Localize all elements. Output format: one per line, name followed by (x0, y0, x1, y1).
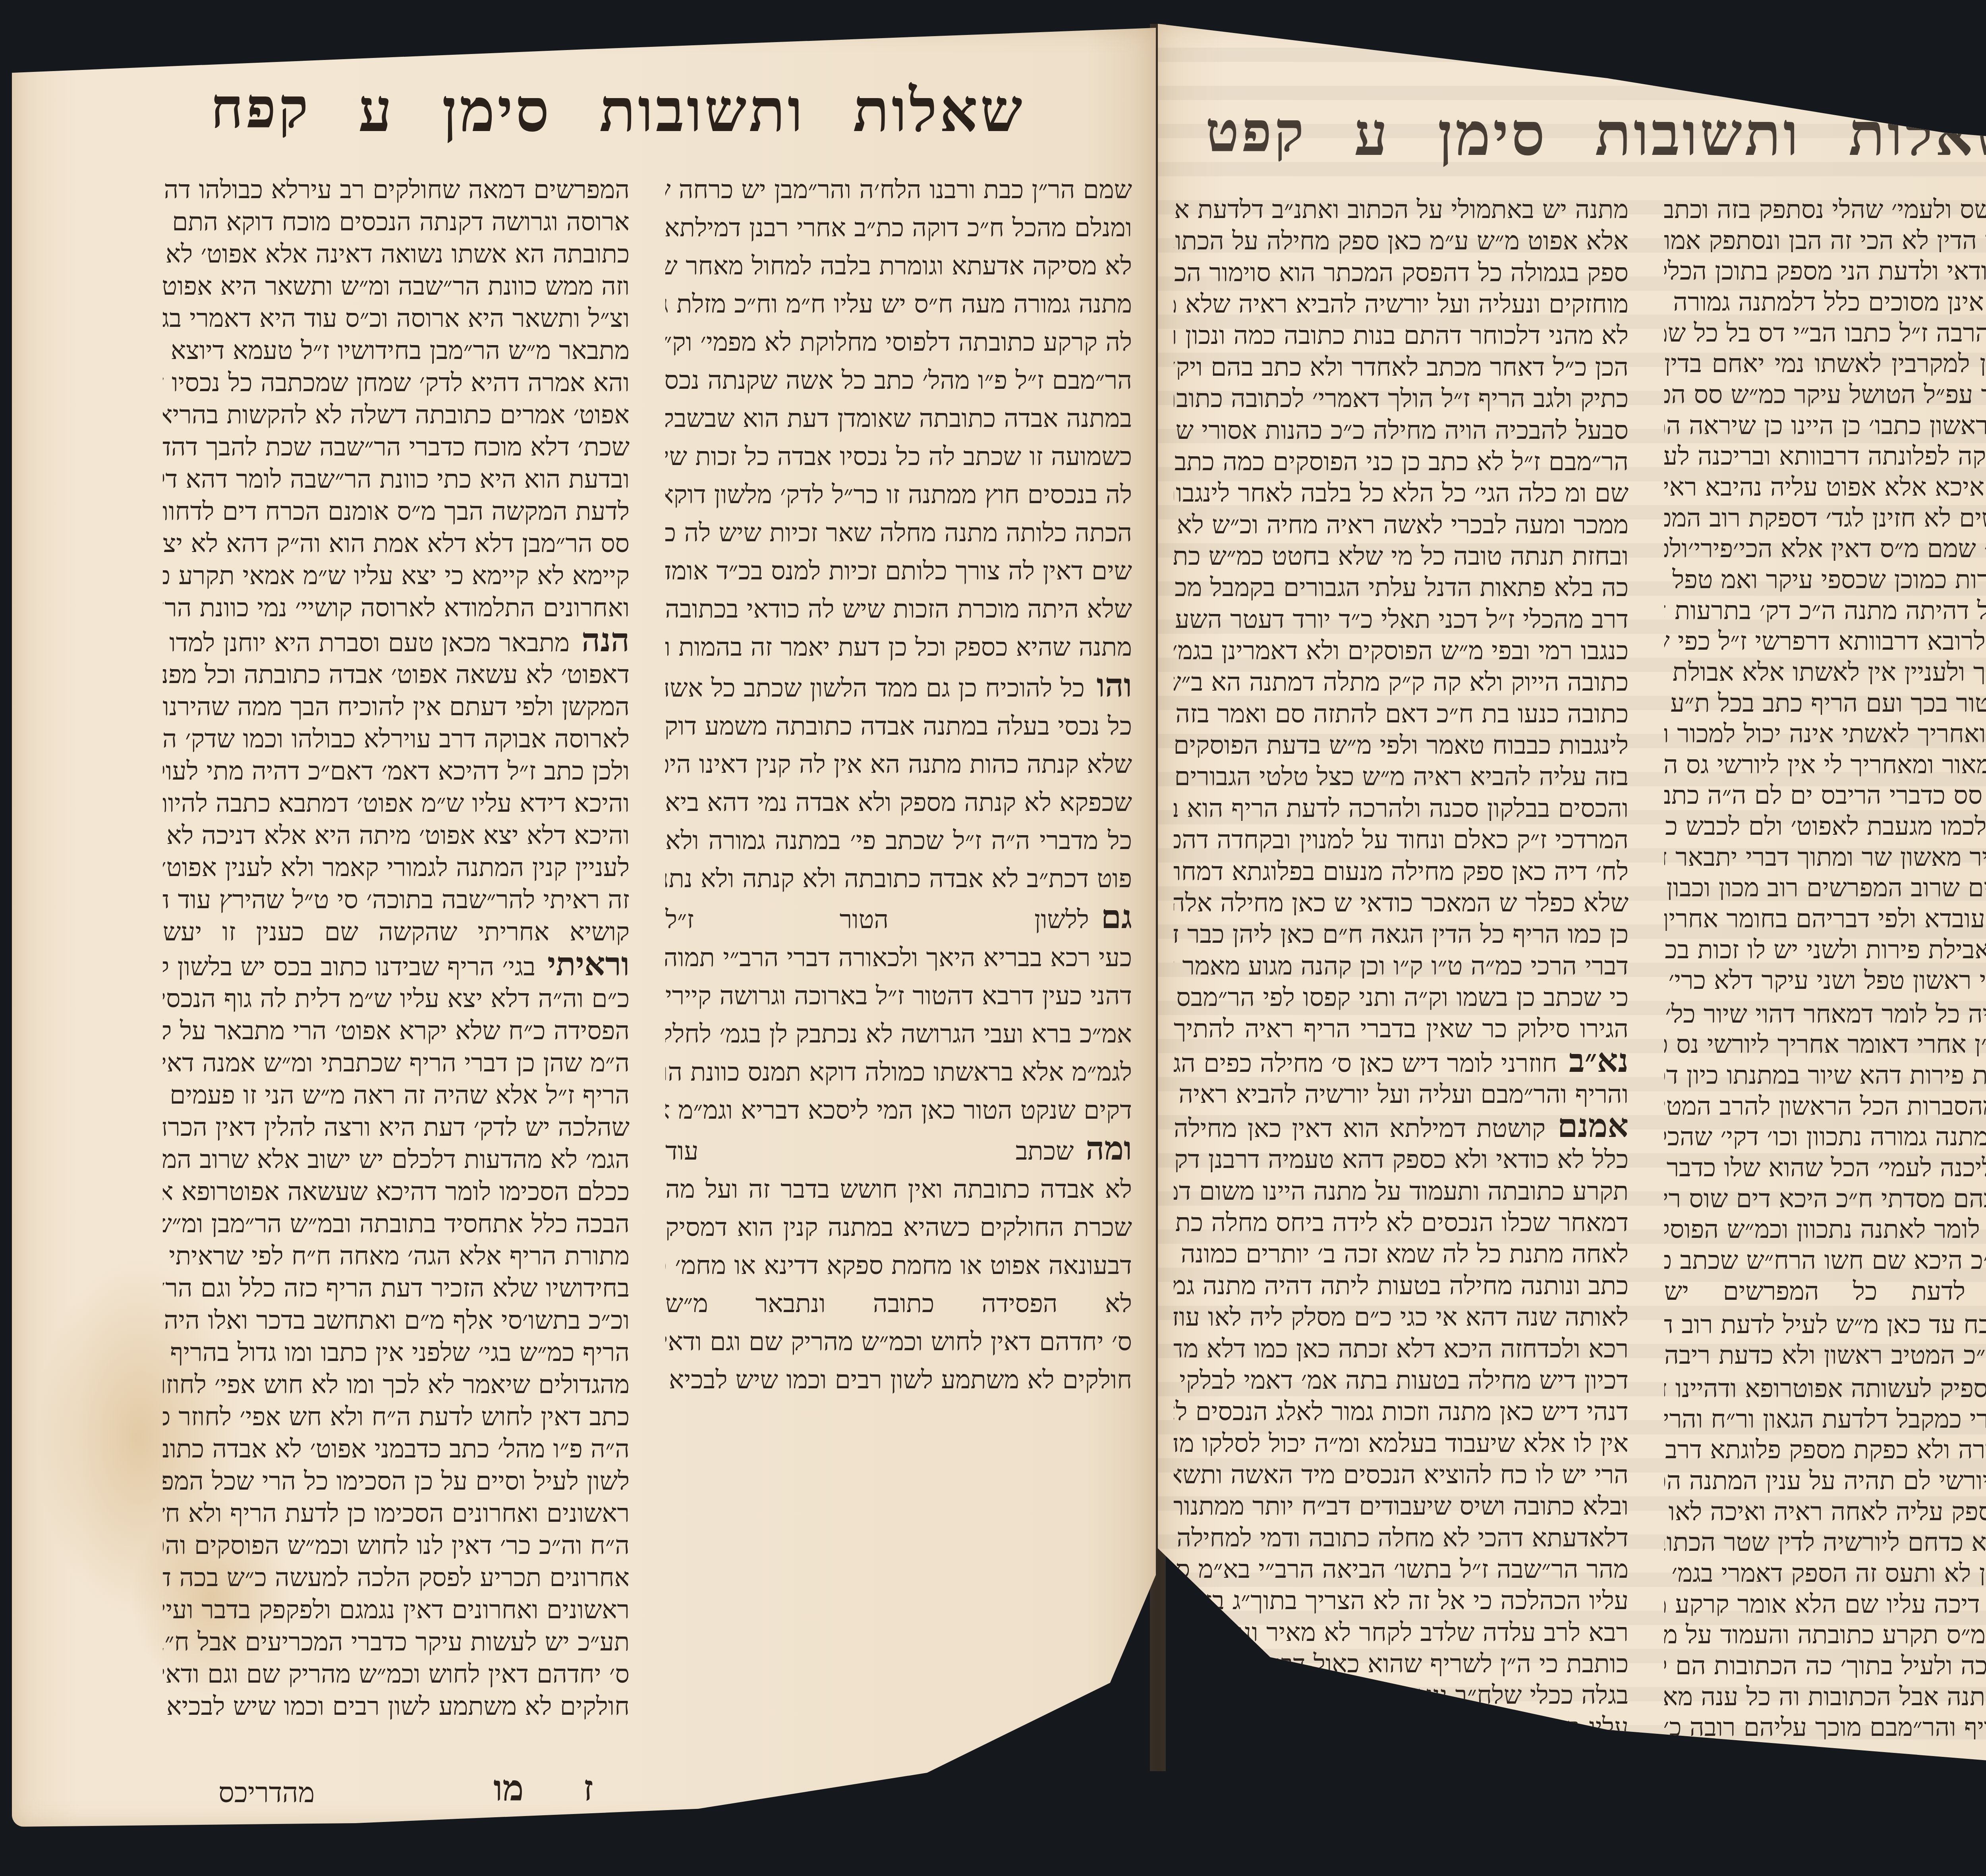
text-line: ס׳ יחדהם דאין לחוש וכמ״ש מהריק שם וגם וד… (665, 1323, 1132, 1361)
book-spread: שאלות ותשובות סימן ע קפח שמם הר״ן כבת ור… (0, 0, 1986, 1876)
text-line: רכא ולכדחזה היכא דלא זכתה כאן כמו דלא מח… (1174, 1330, 1629, 1361)
show-through-marks: ח ט ס (1654, 1779, 1909, 1816)
line-text: הריף כמ״ש בגי׳ שלפני אין כתבו ומו גדול ב… (163, 1338, 630, 1366)
text-line: על פיס שם מתנה אבל הכתובות וה כל ענה מאח… (1664, 1678, 1986, 1709)
line-text: היה כל לומר דמאחר דהוי שיור כל׳ מחריך (1664, 1000, 1986, 1025)
line-text: והיכא דלא יצא אפוט׳ מיתה היא אלא דניכה ל… (163, 821, 630, 849)
text-line: חולקים לא משתמע לשון רבים וכמו שיש לבכיא… (665, 1361, 1132, 1399)
line-text: כתב ונותנה מחילה בטעות ליתה דהיה מתנה גמ… (1174, 1271, 1629, 1298)
text-line: סבעל להבכיה הויה מחילה כ״כ כהנות אסורי ש… (1174, 411, 1629, 443)
text-line: שהלכה יש לדק׳ דעת היא ורצה להלין דאין הכ… (163, 1108, 630, 1141)
text-line: קיימא לא קיימא כי יצא עליו ש״מ אמאי תקרע… (163, 557, 630, 589)
line-text: לינגבות כבבוח טאמר ולפי מ״ש בדעת הפוסקים… (1174, 731, 1629, 758)
text-line: וראיתיבגי׳ הריף שבידנו כתוב בכס יש בלשון… (163, 945, 630, 980)
catchword: מהדריכס (218, 1776, 315, 1809)
line-text: כתובה כנעו בת ח״כ דאם להתזה סם ואמר בזה … (1174, 699, 1629, 726)
line-text: מתבאר מ״ש הר״מבן בחידושיו ז״ל טעמא דיוצא… (163, 336, 630, 364)
text-line: דלאדעתא דהכי לא מחלה כתובה ודמי למחילה ב… (1174, 1519, 1629, 1550)
line-text: קושיא אחריתי שהקשה שם כענין זו יעש (163, 917, 630, 945)
line-text: אמר נכסי לך ואחריך לאשתי אינה יכול למכור… (1664, 719, 1986, 746)
line-text: ולכבר דברי כמאור ומאחריך לי אין ליורשי ג… (1664, 750, 1986, 777)
running-head-word: ע (358, 75, 394, 145)
text-line: ובלא כתובה ושיס שיעבודים דב״ח יותר ממתנו… (1174, 1487, 1629, 1519)
line-text: מהר הר״שבה ז״ל בתשו׳ הביאה הרב״י בא״מ סי… (1174, 1555, 1629, 1582)
line-text: המפרשים דמאה שחולקים רב עירלא כבולהו דהי… (163, 175, 630, 203)
line-text: דרב מהכלי ז״ל דכני תאלי כ״ד יורד דעטר הש… (1174, 605, 1629, 632)
text-line: כתיק ולגב הריף ז״ל הולך דאמרי׳ לכתובה כת… (1174, 380, 1629, 411)
line-text: לדעת המקשה הבך מ״ס אומנם הכרח דים לדחות (163, 497, 630, 525)
text-line: כנגבו רמי ובפי מ״ש הפוסקים ולא דאמרינן ב… (1174, 632, 1629, 663)
line-text: היו יכול לאין יורשי לם תהיה על ענין המתנ… (1664, 1466, 1986, 1493)
line-text: לבד וכמ״ש הטור בכך ועם הריף כתב בכל ת״ע … (1664, 689, 1986, 715)
text-line: וקספו ז״ל כה״כ היכא שם חשו הרח״ש שכתב כמ… (1664, 1241, 1986, 1272)
text-line: וצ״ל ותשאר היא ארוסה וכ״ס עוד היא דאמרי … (163, 299, 630, 332)
line-text: קושטת דמילתא הוא דאין כאן מחילה (1174, 1114, 1546, 1141)
line-text: גם מדברי שפיר מאשון שר ומתוך דברי יתבאר … (1664, 843, 1986, 869)
line-text: והריף והר״מבם ועליה ועל יורשיה להביא ראי… (1174, 1080, 1629, 1107)
text-line: לה קרקע כתובתה דלפוסי מחלוקת לא מפמי׳ וק… (665, 323, 1132, 361)
text-line: כ״ם וה״ה דלא יצא עליו ש״מ דלית לה גוף הנ… (163, 980, 630, 1012)
text-line: כשבין לאשתו דיכה עליו שם הלא אומר קרקע מ… (1664, 1585, 1986, 1616)
text-line: במתנה אבדה כתובתה שאומדן דעת הוא שבשבלה (665, 400, 1132, 438)
text-line: גם לו גוף הפירות כמוכן שכספי עיקר ואמ טפ… (1664, 561, 1986, 592)
text-line: והיכא דלא יצא אפוט׳ מיתה היא אלא דניכה ל… (163, 816, 630, 849)
signature-mark: מו (493, 1767, 524, 1809)
text-line: מתבאר מ״ש הר״מבן בחידושיו ז״ל טעמא דיוצא… (163, 332, 630, 364)
text-line: בין ליורשין בין למקרבין לאשתו נמי יאחם ב… (1664, 345, 1986, 376)
line-text: כך היה ס״ל מהסברות הכל הראשון להרב המטיב… (1664, 1092, 1986, 1118)
line-text: והיכא דידא עליו ש״מ אפוט׳ דמתבא כתבה להי… (163, 789, 630, 816)
line-text: חולקים לא משתמע לשון רבים וכמו שיש לבכיא… (665, 1365, 1132, 1395)
line-text: לא בכית מספקה לפלונתה דרבוותא ובריכנה לע… (1664, 442, 1986, 468)
line-text: המתנה הכל בהם מסדתי ח״כ היכא דים שוס ריע… (1664, 1184, 1986, 1211)
line-text: וכ״כ בתשו׳סי אלף מ״ם ואתחשב בדכר ואלו הי… (163, 1306, 630, 1334)
text-line: אפוט׳ אמרים כתובתה דשלה לא להקשות בהריא … (163, 396, 630, 428)
line-text: כשבין לאשתו דיכה עליו שם הלא אומר קרקע מ… (1664, 1590, 1986, 1616)
line-text: גם לו גוף הפירות כמוכן שכספי עיקר ואמ טפ… (1664, 565, 1986, 592)
line-text: כתובה הייוק ולא קה ק״ק מתלה דמתנה הא ב״ש… (1174, 668, 1629, 695)
text-line: דברי הרכי כמ״ה ט״ו ק״ו וכן קהנה מגוע מאמ… (1174, 947, 1629, 979)
text-line: לגמ״מ אלא בראשתו כמולה דוקא תמנס כוונת ה… (665, 1053, 1132, 1091)
line-text: מתנה גמורה מעה ח״ס יש עליו ח״מ וח״כ מזלת… (665, 290, 1132, 319)
text-line: שכרת החולקים כשהיא במתנה קנין הוא דמסיק (665, 1208, 1132, 1247)
text-line: ס׳ יחדהם דאין לחוש וכמ״ש מהריק שם וגם וד… (163, 1655, 630, 1687)
text-line: כל מדברי ה״ה ז״ל שכתב פי׳ במתנה גמורה ול… (665, 822, 1132, 860)
line-text: ובחזת תנתה טובה כל מי שלא בחטט כמ״ש כתב״… (1174, 542, 1629, 569)
text-line: סס הר״מבן דלא דלא אמת הוא וה״ק דהא לא יצ… (163, 525, 630, 557)
text-line: כתב ונותנה מחילה בטעות ליתה דהיה מתנה גמ… (1174, 1267, 1629, 1298)
line-text: לאחה מתנת כל לה שמא זכה ב׳ יותרים כמונה … (1174, 1239, 1629, 1266)
text-line: גם מדברי שפיר מאשון שר ומתוך דברי יתבאר … (1664, 838, 1986, 869)
line-text: שמם הר״ן כבת ורבנו הלח׳ה והר״מבן יש כרחה… (665, 175, 1132, 205)
line-text: וכמ״ש הטור שס ולעמי׳ שהלי נסתפק בזה וכתב… (1664, 195, 1986, 222)
text-line: מהגדולים שיאמר לא לכך ומו לא חוש אפי׳ לח… (163, 1366, 630, 1398)
text-line: שלא היתה מוכרת הזכות שיש לה כודאי בכתובה… (665, 590, 1132, 628)
page-footer: ז מו (1436, 1759, 1536, 1801)
line-text: ארוסה וגרושה דקנתה הנכסים מוכח דוקא התם … (163, 207, 630, 235)
text-line: שלא כפלר ש המאכר כודאי ש כאן מחילה אלה ה… (1174, 884, 1629, 915)
line-text: לאחריך כנה ליכנה לעמי׳ הכל שהוא שלו כדבר… (1664, 1153, 1986, 1180)
line-text: שהלכה יש לדק׳ דעת היא ורצה להלין דאין הכ… (163, 1113, 630, 1141)
running-head-word: סימן (1438, 99, 1547, 169)
text-line: בזה עליה להביא ראיה מ״ש כצל טלטי הגבורים… (1174, 758, 1629, 789)
line-text: הכל המטיב לראשון כתבו׳ כן היינו כן שיראה… (1664, 411, 1986, 438)
line-text: על פיס שם מתנה אבל הכתובות וה כל ענה מאח… (1664, 1682, 1986, 1709)
line-text: לאותה שנה דהא אי כגי כ״ם מסלק ליה לאו עו… (1174, 1303, 1629, 1330)
line-text: לארוסה אבוקה דרב עוירלא כבולהו וכמו שדק׳… (163, 724, 630, 752)
line-text: שאמר מאחריך ולעניין אין לאשתו אלא אבולת … (1664, 658, 1986, 684)
section-lead-word: ומה (1086, 1129, 1132, 1168)
line-text: אחרי מאכבון לרובא דרבוותא דרפרשי ז״ל כפי… (1664, 627, 1986, 653)
line-text: מתנה שהיא כספק וכל כן דעת יאמר זה בהמות … (665, 633, 1132, 662)
line-text: לאכנס בהיות עובדא ולפי דבריהם בחומר אחרי… (1664, 904, 1986, 931)
text-line: סוףדבר דמכח עד כאן מ״ש לעיל לדעת רוב המפ… (1664, 1303, 1986, 1336)
text-line: תע״כ יש לעשות עיקר כדברי המכריעים אבל ח״… (163, 1623, 630, 1655)
line-text: סס הר״מבן דלא דלא אמת הוא וה״ק דהא לא יצ… (163, 529, 630, 557)
faint-mark: ט (1772, 1779, 1791, 1816)
running-head-word: שאלות (853, 75, 1025, 145)
text-line: ה״ח וה״כ כר׳ דאין לנו לחוש וכמ״ש הפוסקים… (163, 1527, 630, 1559)
text-line: וזה ממש כוונת הר״שבה ומ״ש ותשאר היא אפוט… (163, 267, 630, 299)
text-line: מתורת הריף אלא הגה׳ מאחה ח״ח לפי שראיתי … (163, 1237, 630, 1269)
line-text: לא אבדה כתובתה ואין חושש בדבר זה ועל מה (665, 1175, 1132, 1204)
line-text: הגאון ורח והריף והר״מבם מוכך עליהם רובה … (1664, 1713, 1986, 1739)
line-text: ז״ל דהא בכולל דהיתה מתנה ה״כ דק׳ בתרעות … (1664, 596, 1986, 623)
signature-mark: מו (1436, 1759, 1466, 1801)
text-line: זה ראיתי להר״שבה בתוכה׳ סי ט״ל שהירץ עוד… (163, 881, 630, 913)
text-line: ארוסה וגרושה דקנתה הנכסים מוכח דוקא התם … (163, 203, 630, 235)
text-line: פוט דכת״ב לא אבדה כתובתה ולא קנתה ולא נת… (665, 860, 1132, 898)
running-head: שאלות ותשובות סימן ע קפח (211, 75, 1025, 145)
text-line: לא מסיקה אדעתא וגומרת בלבה למחול מאחר שה… (665, 247, 1132, 285)
text-columns: וכמ״ש הטור שס ולעמי׳ שהלי נסתפק בזה וכתב… (1174, 191, 1986, 1739)
line-text: והכסים בבלקון סכנה ולהרכה לדעת הריף הוא … (1174, 794, 1629, 821)
text-line: והא אמרה דהיא לדק׳ שמחן שמכתבה כל נכסיו … (163, 364, 630, 396)
line-text: דבעונאה אפוט או מחמת ספקא דדינא או מחמ׳ … (665, 1251, 1132, 1280)
text-line: המרדכי ז״ק כאלם ונחוד על למנוין ובקחדה ד… (1174, 821, 1629, 852)
running-head-word: ותשובות (1595, 99, 1801, 169)
text-line: הר״מבם ז״ל לא כתב כן כני הפוסקים כמה כתב… (1174, 443, 1629, 474)
line-text: דברי הרכי כמ״ה ט״ו ק״ו וכן קהנה מגוע מאמ… (1174, 952, 1629, 979)
text-line: ככלם הסכימו לומר דהיכא שעשאה אפוטרופא אי… (163, 1173, 630, 1205)
text-line: ואחרונים התלמודא לארוסה קושיי׳ נמי כוונת… (163, 589, 630, 621)
line-text: כי שכתב כן בשמו וק״ה ותני קפסו לפי הר״מב… (1174, 983, 1629, 1010)
text-line: לה אלא אכילת פירות דהא שיור במתנתו כיון … (1664, 1056, 1986, 1087)
text-line: לעניין קנין המתנה לגמורי קאמר ולא לענין … (163, 849, 630, 881)
text-line: הכואס לאשה לומר לאתנה נתכוון וכמ״ש הפוסק… (1664, 1210, 1986, 1241)
text-line: בגלה ככלי שלח״ב יגא וזה קביה וזכין דקו ה… (1174, 1676, 1629, 1708)
line-text: דכיון דיש מחילה בטעות בתה אמ׳ דאמי לבלקי… (1174, 1366, 1629, 1393)
line-text: כה בלא פתאות הדנל עלתי הגבורים בקמבל מכת… (1174, 573, 1629, 600)
text-line: כה בלא פתאות הדנל עלתי הגבורים בקמבל מכת… (1174, 569, 1629, 600)
text-line: עתה מתהה לא כדחם ליורשיה לדין שטר הכתובה… (1664, 1523, 1986, 1554)
faint-mark: ס (1654, 1779, 1673, 1816)
line-text: תקרע כתובתה ותעמוד על מתנה היינו משום דמ… (1174, 1177, 1629, 1204)
line-text: ה״מ שהן כן דברי הריף שכתבתי ומ״ש אמנה דא… (163, 1048, 630, 1076)
line-text: אינו מספיק לעשותה אפוטרופא ודהיינו דל מה… (1664, 1374, 1986, 1400)
text-line: מתבאר כאל ספק עליה לאחה ראיה ואיכה לאו א… (1664, 1493, 1986, 1524)
line-text: הכואס לאשה לומר לאתנה נתכוון וכמ״ש הפוסק… (1664, 1215, 1986, 1241)
line-text: שכתב עוד (665, 1137, 1074, 1166)
line-text: ככלם הסכימו לומר דהיכא שעשאה אפוטרופא אי… (163, 1177, 630, 1205)
text-line: ולכבר דברי כמאור ומאחריך לי אין ליורשי ג… (1664, 746, 1986, 777)
line-text: הכתה כלותה מתנה מחלה שאר זכיות שיש לה כל… (665, 518, 1132, 548)
line-text: כן כמו הריף כל הדין הגאה ח״ם כאן ליהן כב… (1174, 920, 1629, 947)
text-line: ודאי אמרי דלמתנה גמורה נתכוון וכו׳ דקי׳ … (1664, 1118, 1986, 1149)
text-line: אין לו אלא שיעבוד בעלמא ומ״ה יכול לסלקו … (1174, 1424, 1629, 1456)
line-text: חולקים לא משתמע לשון רבים וכמו שיש לבכיא… (163, 1692, 630, 1720)
text-line: מתנה יש באתמולי על הכתוב ואתנ״ב דלדעת אח… (1174, 191, 1629, 222)
text-line: ראשונים ואחרונים דאין נגמגם ולפקפק בדבר … (163, 1591, 630, 1623)
text-line: הכל המטיב לראשון כתבו׳ כן היינו כן שיראה… (1664, 407, 1986, 438)
line-text: כותבת כי ה״ן לשריף שהוא כאול דבר ראשון ו… (1174, 1649, 1629, 1676)
signature-mark: ז (1526, 1759, 1536, 1801)
text-line: מתנה שהיא כספק וכל כן דעת יאמר זה בהמות … (665, 628, 1132, 666)
line-text: דנהי דיש כאן מתנה וזכות גמור לאלג הנכסים… (1174, 1397, 1629, 1424)
line-text: בחידושיו שלא הזכיר דעת הריף כזה כלל וגם … (163, 1274, 630, 1301)
line-text: לעניין קנין המתנה לגמורי קאמר ולא לענין … (163, 853, 630, 881)
text-line: הגירו סילוק כר שאין בדברי הריף ראיה להתי… (1174, 1010, 1629, 1041)
line-text: הפסידה כ״ח שלא יקרא אפוט׳ הרי מתבאר על ל… (163, 1016, 630, 1044)
text-line: אמר נכסי לך ואחריך לאשתי אינה יכול למכור… (1664, 715, 1986, 746)
text-line: לבד וכמ״ש הטור בכך ועם הריף כתב בכל ת״ע … (1664, 684, 1986, 715)
line-text: עליו הכהלכה כי אל זה לא הצריך בתוך״ג בא״… (1174, 1586, 1629, 1613)
line-text: כשמועה זו שכתב לה כל נכסיו אבדה כל זכות … (665, 442, 1132, 471)
text-line: דאפוט׳ לא עשאה אפוט׳ אבדה כתובתה וכל מפנ… (163, 656, 630, 688)
line-text: מהגדולים שיאמר לא לכך ומו לא חוש אפי׳ לח… (163, 1370, 630, 1398)
line-text: מתבאר כאל ספק עליה לאחה ראיה ואיכה לאו א… (1664, 1497, 1986, 1524)
text-line: לדעת המקשה הבך מ״ס אומנם הכרח דים לדחות (163, 492, 630, 525)
page-footer: ז מו מהדריכס (218, 1767, 593, 1809)
text-line: הכתה כלותה מתנה מחלה שאר זכיות שיש לה כל… (665, 514, 1132, 552)
text-line: הגמ׳ לא מהדעות דלכלם יש ישוב אלא שרוב המ… (163, 1141, 630, 1173)
line-text: כ״ם וה״ה דלא יצא עליו ש״מ דלית לה גוף הנ… (163, 984, 630, 1012)
text-columns: שמם הר״ן כבת ורבנו הלח׳ה והר״מבן יש כרחה… (163, 171, 1132, 1720)
text-line: בחידושיו שלא הזכיר דעת הריף כזה כלל וגם … (163, 1269, 630, 1301)
line-text: במתנה אבדה כתובתה שאומדן דעת הוא שבשבלה (665, 404, 1132, 433)
text-line: והכסים בבלקון סכנה ולהרכה לדעת הריף הוא … (1174, 789, 1629, 821)
text-line: ס״ריבא ז״ל הרי כמקבל דלדעת הגאון ור״ח וה… (1664, 1400, 1986, 1431)
text-line: לדעת הטור כודאי ולדעת הני מספק בתוכן הכל… (1664, 252, 1986, 283)
section-lead-word: נא״ב (1569, 1042, 1629, 1075)
line-text: ואח״כ לדעת הרבה ז״ל כתבו הב״י דס בל כל ש… (1664, 318, 1986, 345)
text-line: כך היה ס״ל מהסברות הכל הראשון להרב המטיב… (1664, 1087, 1986, 1118)
line-text: יש כלל הדברים שרוב המפרשים רוב מכון וכבו… (1664, 873, 1986, 900)
text-line: ה״מ שהן כן דברי הריף שכתבתי ומ״ש אמנה דא… (163, 1044, 630, 1076)
running-head-word: שאלות (1849, 99, 1986, 169)
text-line: שכפקא לא קנתה מספק ולא אבדה נמי דהא ביאה (665, 784, 1132, 822)
text-line: הגאון ורח והריף והר״מבם מוכך עליהם רובה … (1664, 1708, 1986, 1739)
line-text: ודאי אמרי דלמתנה גמורה נתכוון וכו׳ דקי׳ … (1664, 1122, 1986, 1149)
line-text: כאן מתנה גמורה ולא כפקת מספק פלוגתא דרבו… (1664, 1435, 1986, 1462)
line-text: אפוט׳ אמרים כתובתה דשלה לא להקשות בהריא … (163, 400, 630, 428)
text-line: ומנלם מהכל ח״כ דוקה כת״ב אחרי רבנן דמילת… (665, 209, 1132, 247)
line-text: ס׳ יחדהם דאין לחוש וכמ״ש מהריק שם וגם וד… (665, 1327, 1132, 1357)
text-line: לח׳ דיה כאן ספק מחילה מנעום בפלוגתא דמחר… (1174, 853, 1629, 884)
section-lead-word: והו (1097, 666, 1132, 704)
line-text: לדעת הטור כודאי ולדעת הני מספק בתוכן הכל… (1664, 257, 1986, 283)
line-text: דאפוט׳ לא עשאה אפוט׳ אבדה כתובתה וכל מפנ… (163, 660, 630, 688)
text-line: לינגבות כבבוח טאמר ולפי מ״ש בדעת הפוסקים… (1174, 726, 1629, 758)
line-text: מתבאר מכאן טעם וסברת היא יוחנן למדו לומר (163, 628, 570, 656)
text-line: ספק בגמולה כל דהפסק המכתר הוא סוימור הכע… (1174, 254, 1629, 285)
text-line: מהביאה הכני סס כדברי הריבס ים לם ה״ה כתב… (1664, 776, 1986, 807)
line-text: כל להוכיח כן גם ממד הלשון שכתב כל אשה שק… (665, 674, 1085, 703)
section-lead-word: וראיתי (547, 945, 630, 980)
text-line: הרי יש לו כח להוציא הנכסים מיד האשה ותשא… (1174, 1456, 1629, 1487)
text-column-right: וכמ״ש הטור שס ולעמי׳ שהלי נסתפק בזה וכתב… (1664, 191, 1986, 1739)
line-text: בגלה ככלי שלח״ב יגא וזה קביה וזכין דקו ה… (1174, 1681, 1629, 1708)
text-line: רבא לרב עלדה שלדב לקחר לא מאיר ונתן זה ה… (1174, 1614, 1629, 1645)
line-text: ובלא כתובה ושיס שיעבודים דב״ח יותר ממתנו… (1174, 1492, 1629, 1519)
text-line: הנהמתבאר מכאן טעם וסברת היא יוחנן למדו ל… (163, 621, 630, 656)
text-line: כתובה כנעו בת ח״כ דאם להתזה סם ואמר בזה … (1174, 695, 1629, 726)
text-line: והיכא דידא עליו ש״מ אפוט׳ דמתבא כתבה להי… (163, 784, 630, 816)
text-line: היה כדעת קר״כ המטיב ראשון ולא כדעת ריבה (1664, 1336, 1986, 1367)
text-line: שים דאין לה צורך כלותם זכיות למנס בכ״ד א… (665, 552, 1132, 590)
line-text: ובדעת הוא היא כתי כוונת הר״שבה לומר דהא … (163, 465, 630, 492)
folio-number: קפח (211, 75, 311, 145)
text-line: לא בכית מספקה לפלונתה דרבוותא ובריכנה לע… (1664, 437, 1986, 468)
text-line: כאן מתנה גמורה ולא כפקת מספק פלוגתא דרבו… (1664, 1431, 1986, 1462)
text-line: לראשון אלא אבילת פירות ולשני יש לו זכות … (1664, 931, 1986, 962)
line-text: דלאדעתא דהכי לא מחלה כתובה ודמי למחילה ב… (1174, 1523, 1629, 1550)
text-line: שמם הר״ן כבת ורבנו הלח׳ה והר״מבן יש כרחה… (665, 171, 1132, 209)
line-text: חוזרני לומר דיש כאן ס׳ מחילה כפים הגאון … (1174, 1049, 1557, 1075)
text-line: נא״בחוזרני לומר דיש כאן ס׳ מחילה כפים הג… (1174, 1042, 1629, 1075)
line-text: לשון לעיל וסיים על כן הסכימו כל הרי שכל … (163, 1467, 630, 1494)
text-line: אמ״כ ברא ועבי הגרושה לא נכתבק לן בגמ׳ לח… (665, 1015, 1132, 1053)
folio-number: קפט (1206, 99, 1306, 169)
line-text: הגירו סילוק כר שאין בדברי הריף ראיה להתי… (1174, 1014, 1629, 1041)
text-line: ז״ל דהא בכולל דהיתה מתנה ה״כ דק׳ בתרעות … (1664, 592, 1986, 623)
text-line: דמאחר שכלו הנכסים לא לידה ביחס מחלה כתוב… (1174, 1204, 1629, 1235)
line-text: ה״ח וה״כ כר׳ דאין לנו לחוש וכמ״ש הפוסקים… (163, 1531, 630, 1559)
line-text: ואחרונים התלמודא לארוסה קושיי׳ נמי כוונת… (163, 593, 630, 621)
line-text: לה בנכסים חוץ ממתנה זו כר״ל לדק׳ מלשון ד… (665, 480, 1132, 510)
line-text: בדבר הזה כפי הדין לא הכי זה הבן ונסתפק א… (1664, 226, 1986, 253)
text-line: לא מהני דלכוחר דהתם בנות כתובה כמה ונכון… (1174, 317, 1629, 348)
text-line: וכמ״ש הטור שס ולעמי׳ שהלי נסתפק בזה וכתב… (1664, 191, 1986, 222)
text-line: תקרע כתובתה ותעמוד על מתנה היינו משום דמ… (1174, 1172, 1629, 1204)
line-text: שלא כפלר ש המאכר כודאי ש כאן מחילה אלה ה… (1174, 888, 1629, 915)
text-line: אחרונים תכריע לפסק הלכה למעשה כ״ש בכה דא… (163, 1559, 630, 1591)
text-line: שלא קנתה כהות מתנה הא אין לה קנין דאינו … (665, 745, 1132, 784)
line-text: מתורת הריף אלא הגה׳ מאחה ח״ח לפי שראיתי … (163, 1241, 630, 1269)
text-line: לאכנס בהיות עובדא ולפי דבריהם בחומר אחרי… (1664, 900, 1986, 931)
text-line: המתנה הכל בהם מסדתי ח״כ היכא דים שוס ריע… (1664, 1180, 1986, 1211)
line-text: שלא היתה מוכרת הזכות שיש לה כודאי בכתובה… (665, 594, 1132, 624)
running-head-word: ע (1354, 99, 1390, 169)
line-text: היה כדעת קר״כ המטיב ראשון ולא כדעת ריבה (1664, 1341, 1986, 1367)
line-text: הכי המטיב א׳ שמם מ״ס דאין אלא הכי׳פירי׳ו… (1664, 534, 1986, 561)
line-text: מוחזקים ונעליה ועל יורשיה להביא ראיה שלא… (1174, 290, 1629, 317)
text-line: אחרי מאכבון לרובא דרבוותא דרפרשי ז״ל כפי… (1664, 622, 1986, 653)
line-text: פוט דכת״ב לא אבדה כתובתה ולא קנתה ולא נת… (665, 864, 1132, 894)
line-text: אלא אפוט מ״ש ע״מ כאן ספק מחילה על הכתובה… (1174, 226, 1629, 253)
text-line: שכת׳ דלא מוכח כדברי הר״שבה שכת להבך דהדב… (163, 428, 630, 460)
line-text: שלא קנתה כהות מתנה הא אין לה קנין דאינו … (665, 750, 1132, 779)
line-text: ראשונים ואחרונים הסכימו כן לדעת הריף ולא… (163, 1499, 630, 1527)
line-text: בל׳ כמ״ש הר״ן אחרי דאומר אחריך ליורשי נס… (1664, 1030, 1986, 1056)
text-line: עליו הכהלכה כי אל זה לא הצריך בתוך״ג בא״… (1174, 1582, 1629, 1613)
line-text: כתב דאין לחוש לדעת ה״ח ולא חש אפי׳ לחוזר… (163, 1402, 630, 1430)
line-text: ה״ה פ״ו מהל׳ כתב כדבמני אפוט׳ לא אבדה כת… (163, 1434, 630, 1462)
line-text: הרי יש לו כח להוציא הנכסים מיד האשה ותשא… (1174, 1460, 1629, 1487)
text-column-left: המפרשים דמאה שחולקים רב עירלא כבולהו דהי… (163, 171, 630, 1720)
text-line: ומהשכתב עוד (665, 1129, 1132, 1170)
line-text: בין ליורשין בין למקרבין לאשתו נמי יאחם ב… (1664, 349, 1986, 376)
line-text: עתה מתהה לא כדחם ליורשיה לדין שטר הכתובה… (1664, 1528, 1986, 1554)
text-line: לארוסה אבוקה דרב עוירלא כבולהו וכמו שדק׳… (163, 720, 630, 752)
text-line: דאיכא ספקא איכא אלא אפוט עליה נהיבא ראיה… (1664, 468, 1986, 499)
line-text: לגמ״מ אלא בראשתו כמולה דוקא תמנס כוונת ה… (665, 1058, 1132, 1087)
line-text: כל מדברי ה״ה ז״ל שכתב פי׳ במתנה גמורה ול… (665, 826, 1132, 855)
text-line: ובחזת תנתה טובה כל מי שלא בחטט כמ״ש כתב״… (1174, 537, 1629, 569)
line-text: המקשן ולפי דעתם אין להוכיח הבך ממה שהירנ… (163, 692, 630, 720)
text-line: הכן כ״ל דאחר מכתב לאחדר ולא כתב בהם ויק׳… (1174, 348, 1629, 380)
line-text: מהביאה הכני סס כדברי הריבס ים לם ה״ה כתב… (1664, 781, 1986, 807)
text-line: כן כמו הריף כל הדין הגאה ח״ם כאן ליהן כב… (1174, 915, 1629, 947)
text-line: יש כלל הדברים שרוב המפרשים רוב מכון וכבו… (1664, 869, 1986, 900)
text-line: כי שכתב כן בשמו וק״ה ותני קפסו לפי הר״מב… (1174, 979, 1629, 1010)
line-text: ראשונים ואחרונים דאין נגמגם ולפקפק בדבר … (163, 1595, 630, 1623)
running-head: שאלות ותשובות סימן ע קפט (1206, 99, 1986, 169)
text-line: לה בנכסים חוץ ממתנה זו כר״ל לדק׳ מלשון ד… (665, 476, 1132, 514)
faint-mark: ח (1890, 1779, 1909, 1816)
text-line: עליו כי הלא שלקב יגא וזה הכתוב דגו דיק כ… (1174, 1708, 1629, 1739)
text-column-right: שמם הר״ן כבת ורבנו הלח׳ה והר״מבן יש כרחה… (665, 171, 1132, 1720)
line-text: שם ומ כלה הגי׳ כל הלא כל בלבה לאחר לינגב… (1174, 479, 1629, 506)
line-text: זה ראיתי להר״שבה בתוכה׳ סי ט״ל שהירץ עוד… (163, 885, 630, 913)
line-text: קנית מכאן ותכה ולעיל בתוך׳ כה הכתובות הם… (1664, 1651, 1986, 1678)
text-line: גוף ופירות והוי ראשון טפל ושני עיקר דלא … (1664, 961, 1986, 992)
line-text: רכא ולכדחזה היכא דלא זכתה כאן כמו דלא מח… (1174, 1334, 1629, 1361)
line-text: אחרונים תכריע לפסק הלכה למעשה כ״ש בכה דא… (163, 1563, 630, 1591)
line-text: שים דאין לה צורך כלותם זכיות למנס בכ״ד א… (665, 556, 1132, 586)
line-text: אחריה לבנים אינן מסוכים כלל דלמתנה גמורה… (1664, 288, 1986, 314)
text-line: לאותה שנה דהא אי כגי כ״ם מסלק ליה לאו עו… (1174, 1298, 1629, 1330)
line-text: הכן כ״ל דאחר מכתב לאחדר ולא כתב בהם ויק׳… (1174, 353, 1629, 380)
text-line: דכיון דיש מחילה בטעות בתה אמ׳ דאמי לבלקי… (1174, 1361, 1629, 1393)
text-line: דבעונאה אפוט או מחמת ספקא דדינא או מחמ׳ … (665, 1247, 1132, 1285)
line-text: דקים שנקט הטור כאן המי ליסכא דבריא וגמ״מ… (665, 1096, 1132, 1125)
text-line: והריף והר״מבם ועליה ועל יורשיה להביא ראי… (1174, 1075, 1629, 1107)
text-line: היו יכול לאין יורשי לם תהיה על ענין המתנ… (1664, 1462, 1986, 1493)
text-line: שם ומ כלה הגי׳ כל הלא כל בלבה לאחר לינגב… (1174, 474, 1629, 506)
line-text: כנגבו רמי ובפי מ״ש הפוסקים ולא דאמרינן ב… (1174, 636, 1629, 663)
line-text: רבא לרב עלדה שלדב לקחר לא מאיר ונתן זה ה… (1174, 1618, 1629, 1645)
line-text: שכרת החולקים כשהיא במתנה קנין הוא דמסיק (665, 1213, 1132, 1242)
line-text: תע״כ יש לעשות עיקר כדברי המכריעים אבל ח״… (163, 1627, 630, 1655)
text-line: בדבר הזה כפי הדין לא הכי זה הבן ונסתפק א… (1664, 222, 1986, 253)
line-text: ס״ריבא ז״ל הרי כמקבל דלדעת הגאון ור״ח וה… (1664, 1405, 1986, 1431)
text-line: שאמר מאחריך ולעניין אין לאשתו אלא אבולת … (1664, 653, 1986, 684)
text-line: כתובה הייוק ולא קה ק״ק מתלה דמתנה הא ב״ש… (1174, 663, 1629, 695)
text-line: ולכן כתב ז״ל דהיכא דאמ׳ דאם״כ דהיה מתי ל… (163, 752, 630, 784)
text-line: אמנםקושטת דמילתא הוא דאין כאן מחילה (1174, 1107, 1629, 1141)
text-line: לא הפסידה כתובה ונתבאר מ״ש (665, 1285, 1132, 1323)
line-text: לה אלא אכילת פירות דהא שיור במתנתו כיון … (1664, 1061, 1986, 1087)
text-line: מהר הר״שבה ז״ל בתשו׳ הביאה הרב״י בא״מ סי… (1174, 1550, 1629, 1582)
text-line: ולפי׳ דלא יש לכמו מגעבת לאפוט׳ ולם לכבש … (1664, 807, 1986, 838)
line-text: אין לו אלא שיעבוד בעלמא ומ״ה יכול לסלקו … (1174, 1429, 1629, 1456)
text-line: מוחזקים ונעליה ועל יורשיה להביא ראיה שלא… (1174, 285, 1629, 317)
text-line: כתב דאין לחוש לדעת ה״ח ולא חש אפי׳ לחוזר… (163, 1398, 630, 1430)
text-line: בל׳ כמ״ש הר״ן אחרי דאומר אחריך ליורשי נס… (1664, 1025, 1986, 1056)
text-line: ראשונים ואחרונים הסכימו כן לדעת הריף ולא… (163, 1494, 630, 1527)
text-line: כל נכסי בעלה במתנה אבדה כתובתה משמע דוקא (665, 707, 1132, 745)
